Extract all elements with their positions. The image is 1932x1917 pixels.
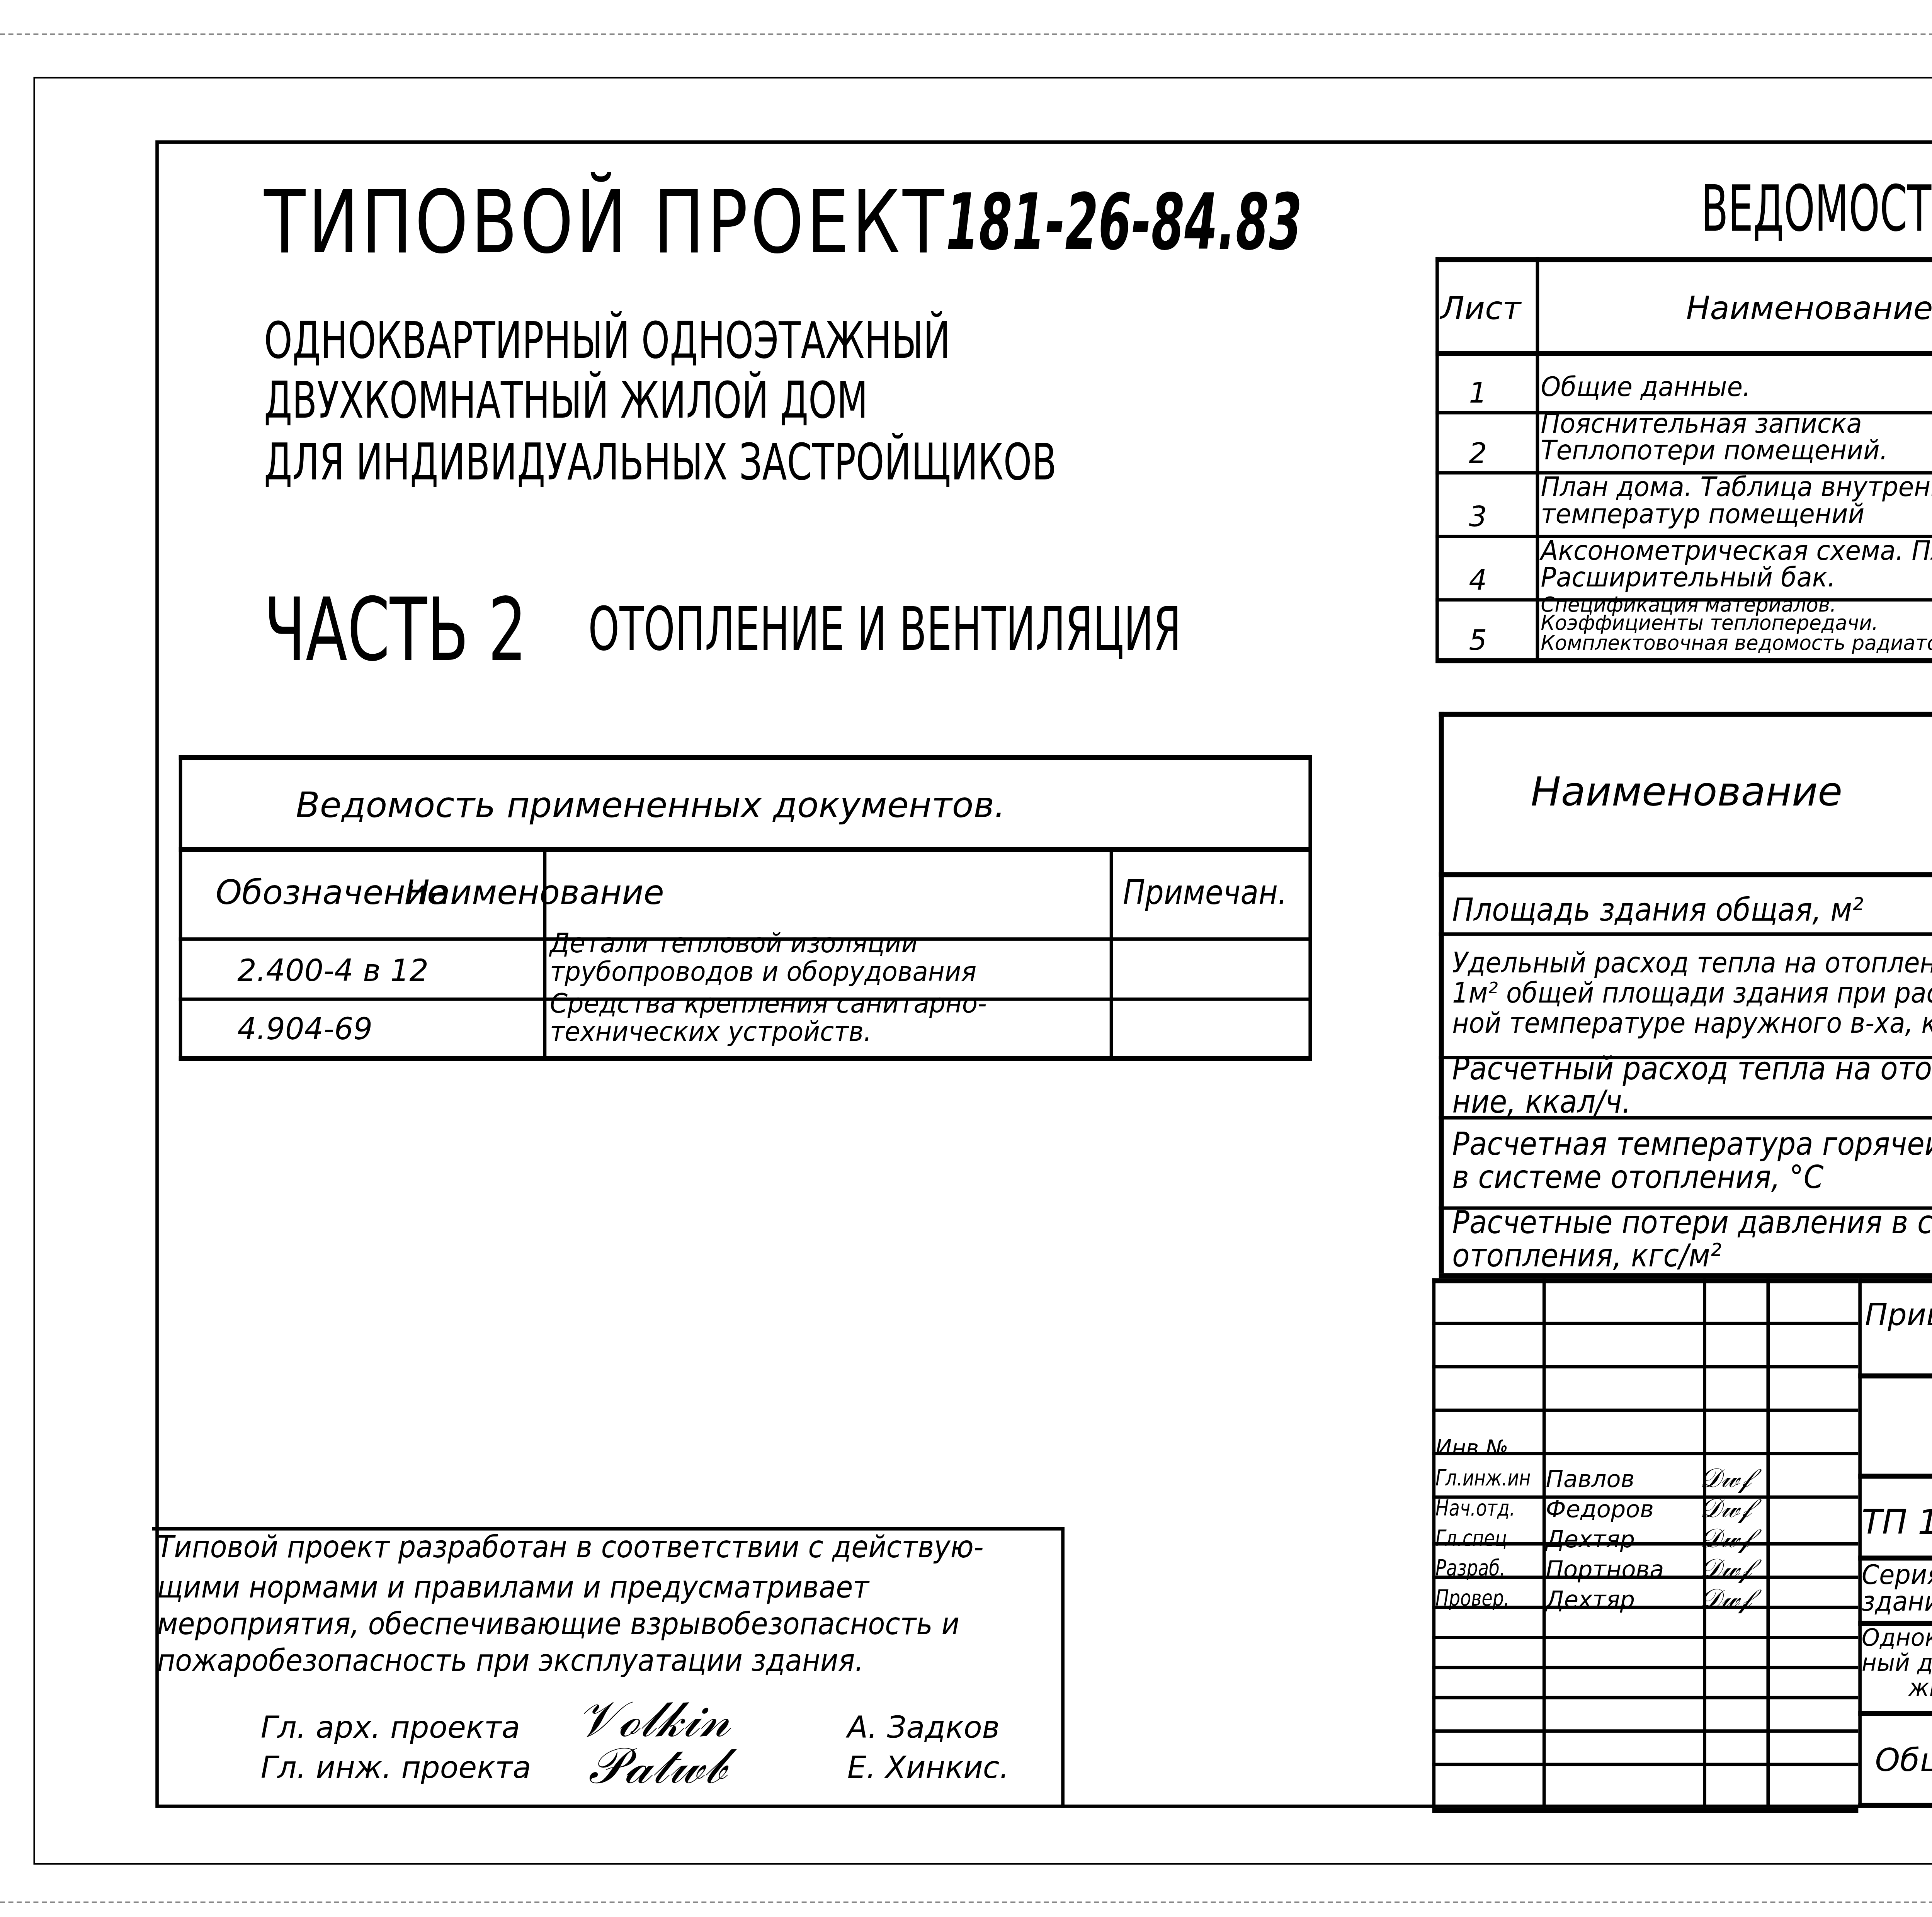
applied-doc-name: трубопроводов и оборудования [550, 959, 976, 986]
object-line: жилой дом. [1908, 1677, 1932, 1702]
object-line: Одноквартирный одноэтаж- [1862, 1627, 1932, 1652]
drawings-col-rule [1536, 257, 1539, 658]
signature-2-icon: 𝒫𝒶𝓉𝓌𝒷 [588, 1738, 725, 1796]
indicator-name: ние, ккал/ч. [1452, 1087, 1631, 1118]
staff-signature-icon: 𝒟𝓌𝒻 [1699, 1552, 1751, 1586]
series-line: Серия типовых проектов крупнопанельных [1862, 1562, 1932, 1589]
drawings-item-name: Аксонометрическая схема. План чердака. [1541, 538, 1932, 565]
compliance-line-4: пожаробезопасность при эксплуатации здан… [157, 1647, 864, 1677]
indicator-name: в системе отопления, °С [1452, 1162, 1823, 1194]
indicator-name: отопления, кгс/м² [1452, 1241, 1721, 1272]
title-block-rule [1858, 1621, 1932, 1626]
indicators-rule [1439, 872, 1932, 877]
compliance-line-2: щими нормами и правилами и предусматрива… [157, 1574, 869, 1604]
title-prefix: ТИПОВОЙ ПРОЕКТ [264, 180, 947, 267]
title-grid-col-rule [1543, 1278, 1546, 1808]
compliance-line-3: мероприятия, обеспечивающие взрывобезопа… [157, 1611, 959, 1641]
title-block: Привязан:Инв.№Гл.инж.инПавлов𝒟𝓌𝒻Нач.отд.… [1432, 1278, 1932, 1808]
document-code: ТП 181-26-84.83 [1862, 1506, 1932, 1539]
signatory-role-1: Гл. арх. проекта [261, 1714, 520, 1744]
applied-doc-code: 2.400-4 в 12 [237, 957, 429, 987]
title-block-rule [1858, 1711, 1932, 1716]
trim-line-bottom [0, 1902, 1932, 1903]
indicator-name: Расчетная температура горячей воды [1452, 1128, 1932, 1160]
staff-name: Портнова [1546, 1559, 1664, 1582]
drawings-item-name: температур помещений [1541, 501, 1865, 528]
part-label: ЧАСТЬ 2 [264, 588, 527, 675]
signatory-name-1: А. Задков [847, 1714, 1000, 1744]
drawings-sheet-number: 1 [1469, 381, 1487, 410]
subtitle-line-2: ДВУХКОМНАТНЫЙ ЖИЛОЙ ДОМ [264, 377, 868, 428]
title-block-rule [1858, 1803, 1932, 1808]
title-grid-col-rule [1432, 1278, 1435, 1808]
staff-role: Гл.спец [1435, 1529, 1507, 1550]
drawings-sheet-number: 3 [1469, 505, 1487, 533]
drawings-column-header: Лист [1440, 294, 1521, 326]
drawings-list-table: ЛистНаименованиеСтр.Примечание1Общие дан… [1435, 257, 1932, 658]
part-title: ОТОПЛЕНИЕ И ВЕНТИЛЯЦИЯ [588, 602, 1181, 662]
staff-signature-icon: 𝒟𝓌𝒻 [1699, 1462, 1751, 1495]
drawings-item-name: Расширительный бак. [1541, 565, 1836, 591]
title-grid-rule [1432, 1763, 1858, 1766]
drawings-sheet-number: 2 [1469, 441, 1487, 470]
applied-docs-rule [179, 847, 1312, 852]
staff-name: Павлов [1546, 1469, 1635, 1492]
title-grid-rule [1432, 1365, 1858, 1368]
title-block-rule [1858, 1474, 1932, 1479]
applied-docs-column-header: Наименование [405, 875, 664, 909]
title-grid-rule [1432, 1636, 1858, 1639]
indicator-name: ной температуре наружного в-ха, ккал/ч·м… [1452, 1010, 1932, 1038]
drawings-sheet-number: 4 [1469, 568, 1487, 597]
drawings-row-rule [1435, 257, 1932, 262]
title-grid-rule [1432, 1696, 1858, 1699]
bound-label: Привязан: [1865, 1302, 1932, 1332]
indicators-rule [1439, 712, 1932, 717]
drawings-sheet-number: 5 [1469, 628, 1487, 657]
staff-role: Провер. [1435, 1589, 1510, 1611]
drawings-item-name: Общие данные. [1541, 374, 1751, 401]
staff-signature-icon: 𝒟𝓌𝒻 [1699, 1582, 1751, 1616]
drawings-item-name: Пояснительная записка [1541, 411, 1862, 438]
drawings-row-rule [1435, 658, 1932, 663]
signatory-role-2: Гл. инж. проекта [261, 1754, 531, 1784]
applied-docs-rule [179, 755, 1312, 760]
staff-signature-icon: 𝒟𝓌𝒻 [1699, 1492, 1751, 1525]
applied-doc-name: Детали тепловой изоляции [550, 931, 918, 957]
drawing-name: Общие данные [1875, 1746, 1932, 1778]
indicators-name-header: Наименование [1531, 772, 1843, 812]
title-block-rule [1858, 1278, 1932, 1283]
applied-documents-table: Ведомость примененных документов.Обознач… [179, 755, 1312, 1061]
indicator-name: Расчетные потери давления в системе [1452, 1207, 1932, 1239]
indicator-name: Удельный расход тепла на отопление на [1452, 950, 1932, 979]
drawings-list-title: ВЕДОМОСТЬ ЧЕРТЕЖЕЙ [1701, 177, 1932, 240]
staff-signature-icon: 𝒟𝓌𝒻 [1699, 1522, 1751, 1555]
indicators-rule [1439, 932, 1932, 936]
applied-docs-title: Ведомость примененных документов. [296, 789, 1005, 824]
applied-docs-col-rule [1308, 755, 1312, 1061]
drawings-col-rule [1435, 257, 1439, 658]
project-code: 181-26-84.83 [946, 184, 1302, 261]
indicators-col-rule [1439, 712, 1444, 1273]
staff-role: Нач.отд. [1435, 1499, 1515, 1520]
drawings-row-rule [1435, 351, 1932, 356]
title-grid-rule [1432, 1729, 1858, 1733]
drawings-item-name: Теплопотери помещений. [1541, 438, 1888, 464]
indicator-name: Площадь здания общая, м² [1452, 896, 1863, 927]
drawings-column-header: Наименование [1686, 294, 1932, 326]
staff-name: Дехтяр [1546, 1529, 1635, 1552]
applied-doc-code: 4.904-69 [237, 1016, 372, 1046]
drawings-item-name: План дома. Таблица внутренних [1541, 474, 1932, 501]
subtitle-line-3: ДЛЯ ИНДИВИДУАЛЬНЫХ ЗАСТРОЙЩИКОВ [264, 439, 1056, 489]
applied-docs-rule [179, 1056, 1312, 1061]
indicator-name: Расчетный расход тепла на отопле- [1452, 1054, 1932, 1085]
title-grid-rule [1432, 1278, 1858, 1283]
trim-line-top [0, 33, 1932, 35]
applied-docs-column-header: Примечан. [1123, 875, 1287, 909]
signatory-name-2: Е. Хинкис. [847, 1754, 1009, 1784]
indicators-table: НаименованиеПоказатель прирасчетной темп… [1439, 712, 1932, 1273]
title-grid-rule [1432, 1666, 1858, 1669]
object-line: ный двухкомнатный [1862, 1652, 1932, 1677]
title-grid-col-rule [1858, 1278, 1862, 1808]
title-grid-rule [1432, 1808, 1858, 1813]
inventory-number-label: Инв.№ [1435, 1439, 1508, 1460]
title-grid-col-rule [1766, 1278, 1770, 1808]
series-line: зданий для сельского строительства [1862, 1589, 1932, 1616]
title-grid-rule [1432, 1322, 1858, 1325]
applied-doc-name: Средства крепления санитарно- [550, 991, 987, 1018]
staff-name: Дехтяр [1546, 1589, 1635, 1613]
title-block-rule [1858, 1373, 1932, 1378]
compliance-line-1: Типовой проект разработан в соответствии… [157, 1534, 984, 1564]
staff-role: Гл.инж.ин [1435, 1469, 1531, 1490]
subtitle-line-1: ОДНОКВАРТИРНЫЙ ОДНОЭТАЖНЫЙ [264, 318, 950, 368]
applied-docs-col-rule [1110, 847, 1113, 1061]
applied-doc-name: технических устройств. [550, 1019, 872, 1046]
indicator-name: 1м² общей площади здания при расчет- [1452, 980, 1932, 1009]
drawings-item-name: Комплектовочная ведомость радиаторов [1541, 632, 1932, 653]
drawing-sheet: 1 ТИПОВОЙ ПРОЕКТ 181-26-84.83 ОДНОКВАРТИ… [0, 0, 1932, 1917]
staff-name: Федоров [1546, 1499, 1654, 1522]
staff-role: Разраб. [1435, 1559, 1505, 1581]
applied-docs-col-rule [179, 755, 182, 1061]
title-grid-rule [1432, 1409, 1858, 1412]
